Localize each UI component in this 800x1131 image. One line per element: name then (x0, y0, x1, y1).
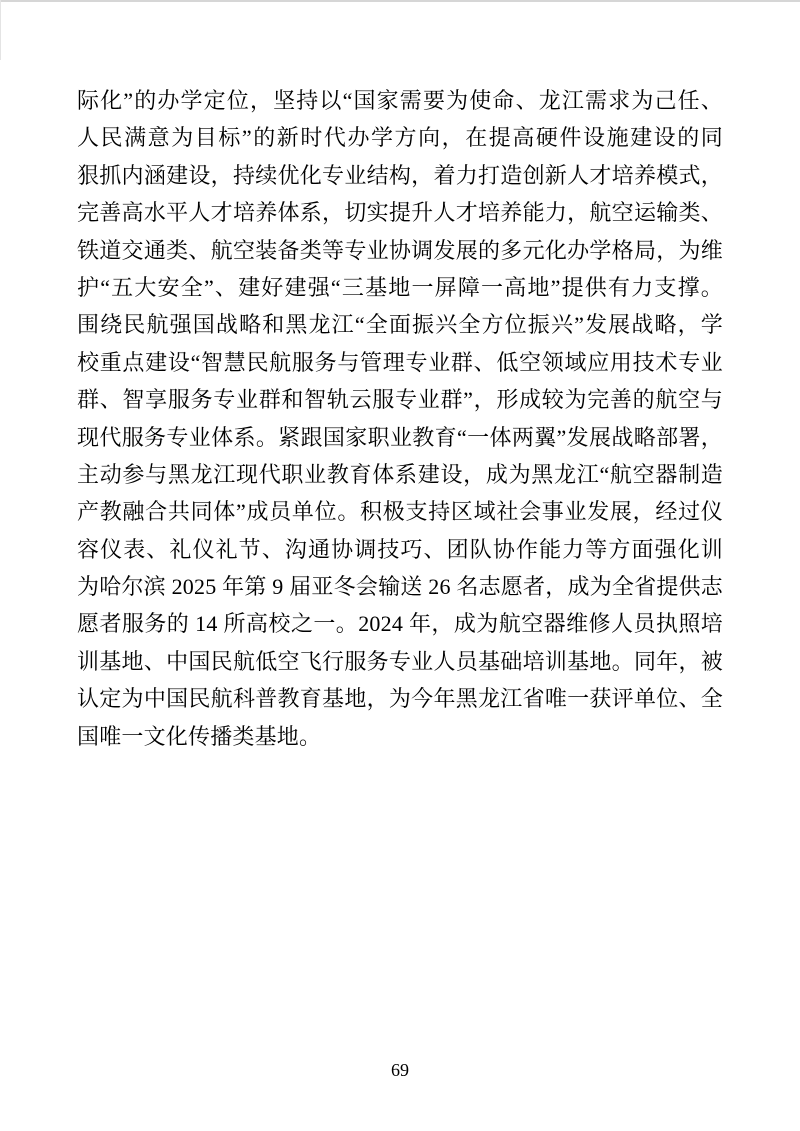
paragraph-line: 护“五大安全”、建好建强“三基地一屏障一高地”提供有力支撑。 (77, 269, 723, 306)
paragraph-line: 围绕民航强国战略和黑龙江“全面振兴全方位振兴”发展战略，学 (77, 306, 723, 343)
paragraph-line: 狠抓内涵建设，持续优化专业结构，着力打造创新人才培养模式， (77, 157, 723, 194)
paragraph-line: 主动参与黑龙江现代职业教育体系建设，成为黑龙江“航空器制造 (77, 456, 723, 493)
paragraph-line: 现代服务专业体系。紧跟国家职业教育“一体两翼”发展战略部署， (77, 419, 723, 456)
paragraph-line: 国唯一文化传播类基地。 (77, 718, 723, 755)
paragraph-line: 际化”的办学定位，坚持以“国家需要为使命、龙江需求为己任、 (77, 82, 723, 119)
paragraph-line: 容仪表、礼仪礼节、沟通协调技巧、团队协作能力等方面强化训练， (77, 531, 723, 568)
paragraph-line: 校重点建设“智慧民航服务与管理专业群、低空领域应用技术专业 (77, 344, 723, 381)
paragraph-line: 训基地、中国民航低空飞行服务专业人员基础培训基地。同年，被 (77, 643, 723, 680)
document-page: 际化”的办学定位，坚持以“国家需要为使命、龙江需求为己任、 人民满意为目标”的新… (0, 0, 800, 1131)
scan-edge-top (0, 0, 800, 2)
paragraph-line: 铁道交通类、航空装备类等专业协调发展的多元化办学格局，为维 (77, 232, 723, 269)
paragraph-line: 为哈尔滨 2025 年第 9 届亚冬会输送 26 名志愿者，成为全省提供志 (77, 568, 723, 605)
paragraph-line: 认定为中国民航科普教育基地，为今年黑龙江省唯一获评单位、全 (77, 680, 723, 717)
paragraph-line: 群、智享服务专业群和智轨云服专业群”，形成较为完善的航空与 (77, 381, 723, 418)
scan-edge-left (0, 0, 1, 60)
paragraph-line: 完善高水平人才培养体系，切实提升人才培养能力，航空运输类、 (77, 194, 723, 231)
paragraph-line: 愿者服务的 14 所高校之一。2024 年，成为航空器维修人员执照培 (77, 605, 723, 642)
body-paragraph: 际化”的办学定位，坚持以“国家需要为使命、龙江需求为己任、 人民满意为目标”的新… (77, 82, 723, 755)
paragraph-line: 人民满意为目标”的新时代办学方向，在提高硬件设施建设的同时， (77, 119, 723, 156)
page-number: 69 (0, 1058, 800, 1082)
paragraph-line: 产教融合共同体”成员单位。积极支持区域社会事业发展，经过仪 (77, 493, 723, 530)
